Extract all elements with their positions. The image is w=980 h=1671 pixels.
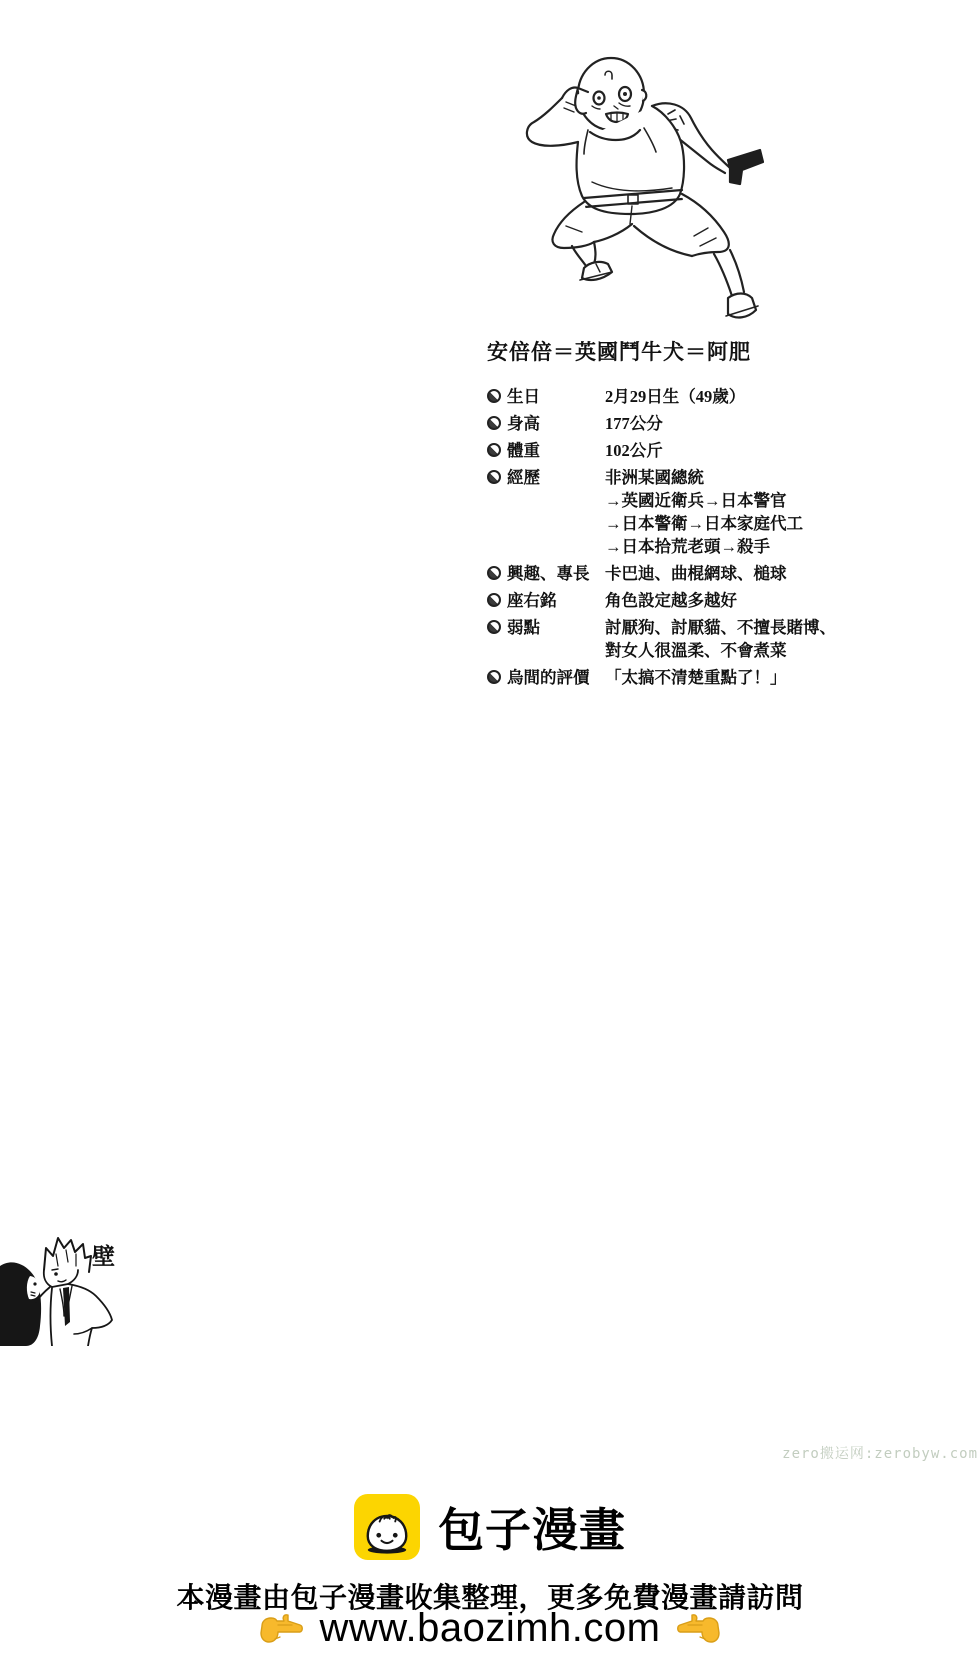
bullet-circle-icon: [487, 470, 501, 484]
baozi-logo-icon: [354, 1494, 420, 1560]
bullet-circle-icon: [487, 566, 501, 580]
profile-row-evaluation: 烏間的評價 「太搞不清楚重點了！」: [487, 666, 827, 689]
field-value: 102公斤: [605, 439, 827, 462]
field-label: 弱點: [507, 616, 605, 639]
profile-row-career: 經歷 非洲某國總統 →英國近衛兵→日本警官 →日本警衛→日本家庭代工 →日本拾荒…: [487, 466, 827, 558]
footer-brand-name: 包子漫畫: [438, 1494, 626, 1560]
scanlation-watermark: zero搬运网:zerobyw.com: [778, 1443, 978, 1463]
pointing-right-hand-icon: [258, 1612, 304, 1646]
bullet-circle-icon: [487, 620, 501, 634]
field-label: 興趣、專長: [507, 562, 605, 585]
pointing-left-hand-icon: [676, 1612, 722, 1646]
profile-row-motto: 座右銘 角色設定越多越好: [487, 589, 827, 612]
field-value: 卡巴迪、曲棍網球、槌球: [605, 562, 827, 585]
field-value: 「太搞不清楚重點了！」: [605, 666, 827, 689]
character-profile: 安倍倍＝英國鬥牛犬＝阿肥 生日 2月29日生（49歲） 身高 177公分 體重 …: [487, 336, 827, 693]
field-label: 生日: [507, 385, 605, 408]
footer-brand-row: 包子漫畫: [0, 1494, 980, 1560]
field-label: 烏間的評價: [507, 666, 605, 689]
corner-caption-kanji: 壁: [92, 1238, 115, 1271]
profile-row-weight: 體重 102公斤: [487, 439, 827, 462]
bullet-circle-icon: [487, 416, 501, 430]
profile-title: 安倍倍＝英國鬥牛犬＝阿肥: [487, 336, 827, 366]
profile-list: 生日 2月29日生（49歲） 身高 177公分 體重 102公斤 經歷 非洲某國…: [487, 385, 827, 689]
field-value: 角色設定越多越好: [605, 589, 827, 612]
profile-row-birthday: 生日 2月29日生（49歲）: [487, 385, 827, 408]
profile-row-height: 身高 177公分: [487, 412, 827, 435]
field-label: 經歷: [507, 466, 605, 489]
footer-site-url[interactable]: www.baozimh.com: [320, 1606, 661, 1651]
bullet-circle-icon: [487, 443, 501, 457]
profile-row-hobby: 興趣、專長 卡巴迪、曲棍網球、槌球: [487, 562, 827, 585]
field-value: 177公分: [605, 412, 827, 435]
bullet-circle-icon: [487, 670, 501, 684]
field-label: 身高: [507, 412, 605, 435]
footer-url-row: www.baozimh.com: [0, 1606, 980, 1651]
field-value: 非洲某國總統 →英國近衛兵→日本警官 →日本警衛→日本家庭代工 →日本拾荒老頭→…: [605, 466, 827, 558]
bullet-circle-icon: [487, 389, 501, 403]
profile-row-weakness: 弱點 討厭狗、討厭貓、不擅長賭博、 對女人很溫柔、不會煮菜: [487, 616, 827, 662]
field-value: 討厭狗、討厭貓、不擅長賭博、 對女人很溫柔、不會煮菜: [605, 616, 836, 662]
character-illustration: [492, 42, 764, 330]
field-value: 2月29日生（49歲）: [605, 385, 827, 408]
field-label: 體重: [507, 439, 605, 462]
bullet-circle-icon: [487, 593, 501, 607]
field-label: 座右銘: [507, 589, 605, 612]
